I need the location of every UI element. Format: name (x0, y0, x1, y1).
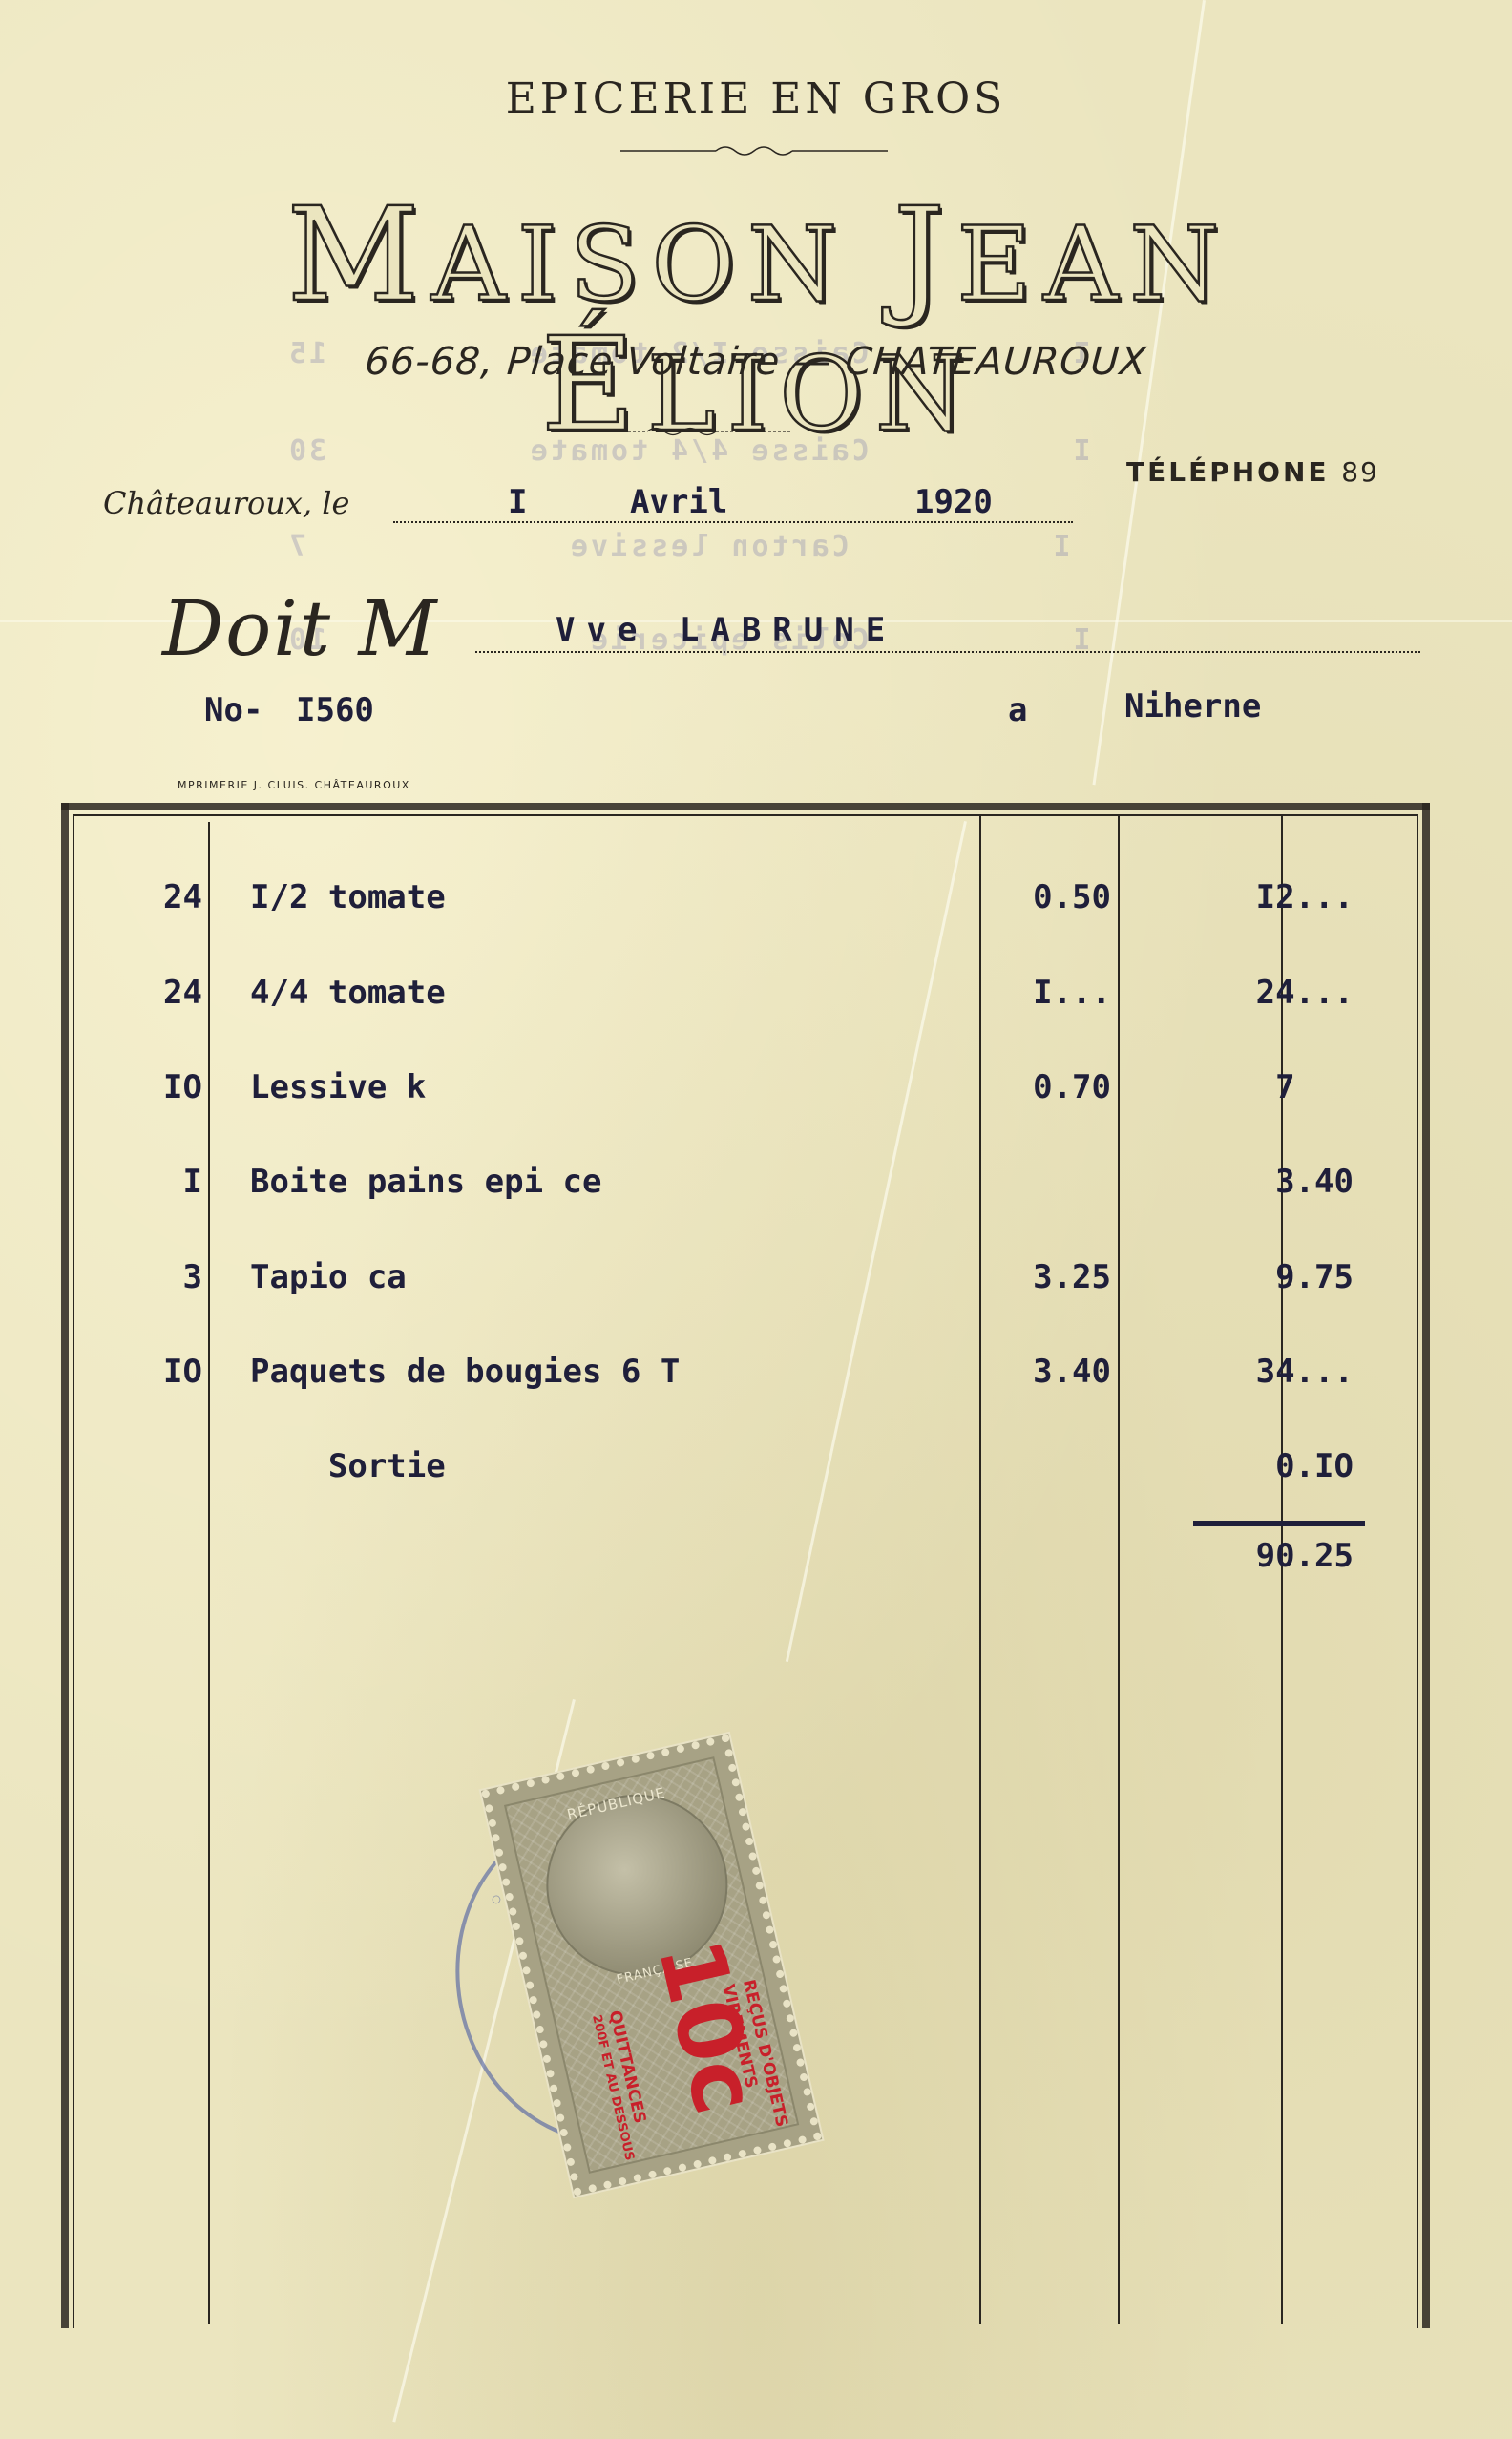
row-qty: 3 (86, 1253, 202, 1301)
row-qty: 24 (86, 969, 202, 1017)
date-dotted-line (393, 521, 1073, 523)
row-description: Paquets de bougies 6 T (250, 1348, 680, 1396)
flourish-ornament-icon (620, 143, 888, 158)
date-year: 1920 (914, 483, 993, 521)
flourish-ornament-icon (571, 424, 792, 439)
row-unit-price: I... (985, 969, 1111, 1017)
invoice-total: 90.25 (1126, 1532, 1354, 1580)
table-row: 24 I/2 tomate 0.50 I2... (0, 873, 1512, 921)
company-address: 66-68, Place Voltaire — CHATEAUROUX (0, 340, 1512, 384)
invoice-number-label: No- (204, 691, 262, 729)
table-row: 3 Tapio ca 3.25 9.75 (0, 1253, 1512, 1301)
row-qty: IO (86, 1063, 202, 1111)
row-amount: 3.40 (1126, 1158, 1354, 1206)
company-name: MAISON JEAN ÉLION (143, 191, 1375, 451)
customer-dotted-line (475, 651, 1420, 653)
trade-heading: EPICERIE EN GROS (0, 74, 1512, 123)
row-description: Tapio ca (250, 1253, 407, 1301)
row-qty: IO (86, 1348, 202, 1396)
date-month: Avril (630, 483, 727, 521)
table-row: Sortie 0.IO (0, 1442, 1512, 1490)
table-row: IO Paquets de bougies 6 T 3.40 34... (0, 1348, 1512, 1396)
row-unit-price: 3.40 (985, 1348, 1111, 1396)
row-amount: I2... (1126, 873, 1354, 921)
table-row: I Boite pains epi ce 3.40 (0, 1158, 1512, 1206)
table-row: IO Lessive k 0.70 7 (0, 1063, 1512, 1111)
total-row: 90.25 (0, 1532, 1512, 1580)
telephone-label: TÉLÉPHONE (1126, 456, 1330, 488)
customer-name: Vve LABRUNE (556, 611, 896, 649)
date-day: I (508, 483, 527, 521)
telephone-number: 89 (1341, 456, 1379, 488)
telephone: TÉLÉPHONE 89 (1126, 456, 1379, 488)
customer-location: Niherne (1124, 687, 1261, 725)
row-description: Sortie (250, 1442, 446, 1490)
row-amount: 0.IO (1126, 1442, 1354, 1490)
row-description: Boite pains epi ce (250, 1158, 601, 1206)
row-amount: 9.75 (1126, 1253, 1354, 1301)
row-unit-price: 0.50 (985, 873, 1111, 921)
row-qty: 24 (86, 873, 202, 921)
row-unit-price: 3.25 (985, 1253, 1111, 1301)
row-description: I/2 tomate (250, 873, 446, 921)
row-unit-price: 0.70 (985, 1063, 1111, 1111)
invoice-number: I560 (296, 691, 374, 729)
row-description: 4/4 tomate (250, 969, 446, 1017)
row-amount: 24... (1126, 969, 1354, 1017)
row-amount: 34... (1126, 1348, 1354, 1396)
row-amount: 7 (1126, 1063, 1354, 1111)
row-description: Lessive k (250, 1063, 426, 1111)
total-rule (1193, 1521, 1365, 1526)
table-row: 24 4/4 tomate I... 24... (0, 969, 1512, 1017)
place-date-label: Châteauroux, le (103, 485, 349, 521)
row-qty: I (86, 1158, 202, 1206)
printer-credit: MPRIMERIE J. CLUIS. CHÂTEAUROUX (178, 779, 410, 791)
doit-label: Doit M (162, 584, 438, 673)
location-prefix: a (1008, 691, 1027, 729)
